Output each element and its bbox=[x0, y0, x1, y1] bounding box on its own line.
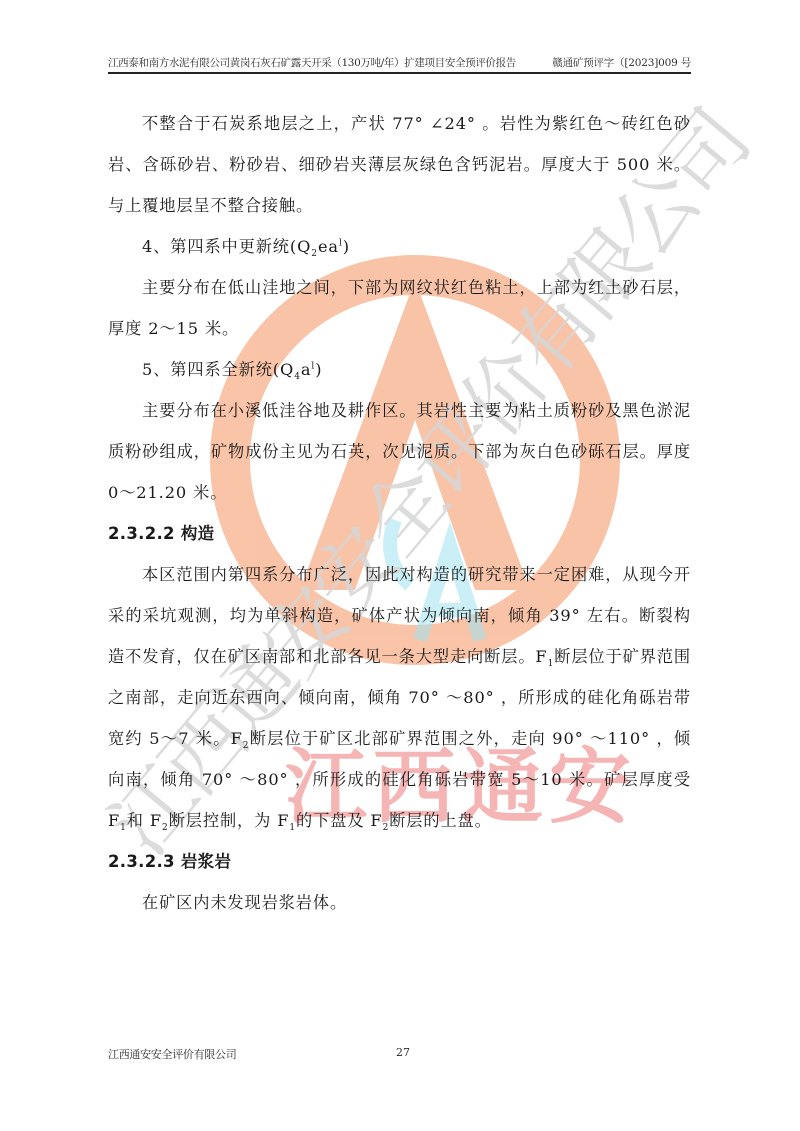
page-header: 江西泰和南方水泥有限公司黄岗石灰石矿露天开采（130万吨/年）扩建项目安全预评价… bbox=[108, 55, 691, 73]
paragraph-stratum-contact: 不整合于石炭系地层之上，产状 77° ∠24° 。岩性为紫红色～砖红色砂岩、含砾… bbox=[108, 103, 691, 226]
item-middle-pleistocene: 4、第四系中更新统(Q2eal) bbox=[108, 226, 691, 267]
paragraph-holocene: 主要分布在小溪低洼谷地及耕作区。其岩性主要为粘土质粉砂及黑色淤泥质粉砂组成，矿物… bbox=[108, 390, 691, 513]
report-title: 江西泰和南方水泥有限公司黄岗石灰石矿露天开采（130万吨/年）扩建项目安全预评价… bbox=[108, 55, 516, 70]
paragraph-middle-pleistocene: 主要分布在低山洼地之间，下部为网纹状红色粘土，上部为红土砂石层，厚度 2～15 … bbox=[108, 267, 691, 349]
page-number: 27 bbox=[396, 1046, 410, 1059]
section-heading-magmatic-rock: 2.3.2.3 岩浆岩 bbox=[108, 841, 691, 882]
paragraph-structure: 本区范围内第四系分布广泛，因此对构造的研究带来一定困难，从现今开采的采坑观测，均… bbox=[108, 554, 691, 841]
item-holocene: 5、第四系全新统(Q4al) bbox=[108, 349, 691, 390]
paragraph-magmatic-rock: 在矿区内未发现岩浆岩体。 bbox=[108, 882, 691, 923]
header-divider bbox=[108, 72, 691, 74]
footer-company: 江西通安安全评价有限公司 bbox=[108, 1046, 236, 1062]
page-body: 不整合于石炭系地层之上，产状 77° ∠24° 。岩性为紫红色～砖红色砂岩、含砾… bbox=[108, 103, 691, 923]
document-number: 赣通矿预评字（[2023]009 号 bbox=[552, 55, 691, 70]
section-heading-structure: 2.3.2.2 构造 bbox=[108, 513, 691, 554]
